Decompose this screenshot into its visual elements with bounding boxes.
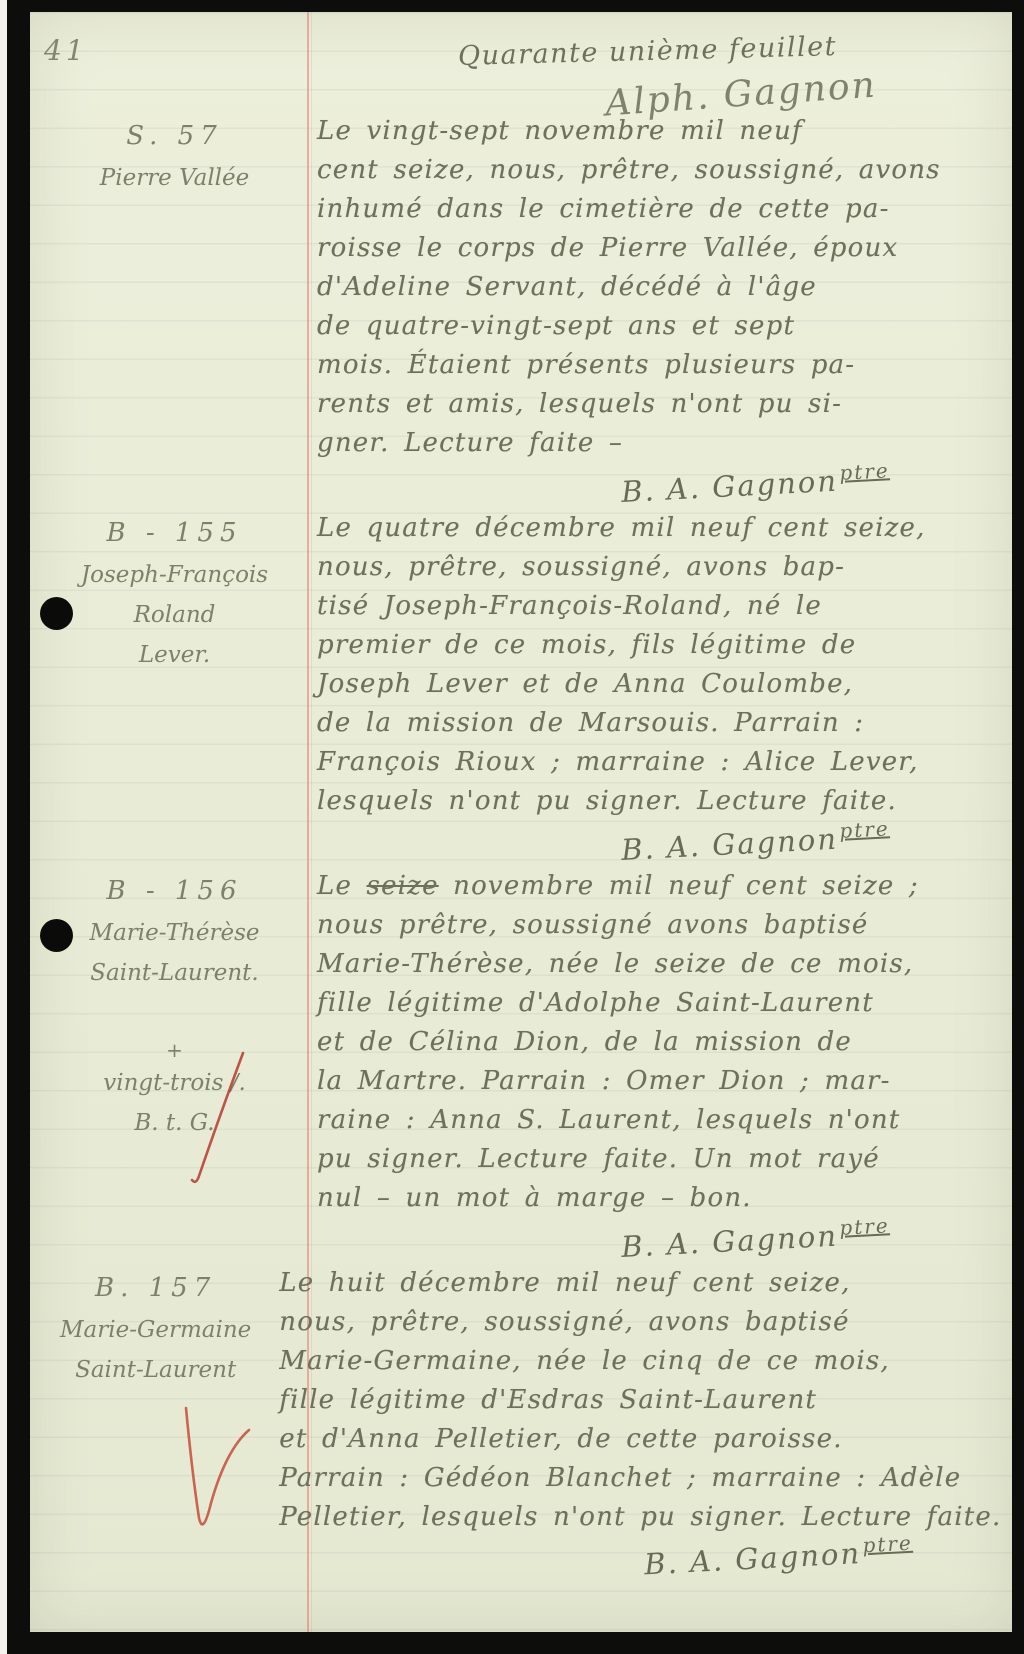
- signature-title-ptre: ptre: [839, 816, 890, 843]
- entry-number: S. 57: [60, 114, 289, 158]
- handwritten-line: Marie-Germaine, née le cinq de ce mois,: [279, 1342, 1001, 1381]
- entry-body-column: Le seize novembre mil neuf cent seize ;n…: [307, 863, 1012, 1260]
- handwritten-line: de la mission de Marsouis. Parrain :: [317, 704, 978, 743]
- handwritten-line: pu signer. Lecture faite. Un mot rayé: [317, 1140, 978, 1179]
- handwritten-line: Marie-Thérèse, née le seize de ce mois,: [317, 945, 978, 984]
- handwritten-line: fille légitime d'Esdras Saint-Laurent: [279, 1381, 1001, 1420]
- entry-subject-name: Marie-Germaine: [60, 1310, 251, 1350]
- register-entry: B - 155Joseph-FrançoisRolandLever.Le qua…: [30, 505, 1012, 863]
- handwritten-line: inhumé dans le cimetière de cette pa-: [317, 190, 978, 229]
- handwritten-line: raine : Anna S. Laurent, lesquels n'ont: [317, 1101, 978, 1140]
- scanned-register-page: 41 Quarante unième feuillet Alph. Gagnon…: [0, 0, 1024, 1654]
- handwritten-line: rents et amis, lesquels n'ont pu si-: [317, 385, 978, 424]
- entry-subject-name: Saint-Laurent: [60, 1350, 251, 1390]
- handwritten-line: cent seize, nous, prêtre, soussigné, avo…: [317, 151, 978, 190]
- margin-correction-note: +vingt-trois /.B. t. G.: [60, 1037, 289, 1143]
- handwritten-line: premier de ce mois, fils légitime de: [317, 626, 978, 665]
- handwritten-line: nous prêtre, soussigné avons baptisé: [317, 906, 978, 945]
- entry-subject-name: Pierre Vallée: [60, 158, 289, 198]
- entry-subject-name: Joseph-François: [60, 555, 289, 595]
- paper: 41 Quarante unième feuillet Alph. Gagnon…: [30, 12, 1012, 1632]
- handwritten-line: nous, prêtre, soussigné, avons baptisé: [279, 1303, 1001, 1342]
- entry-body-column: Le quatre décembre mil neuf cent seize,n…: [307, 505, 1012, 863]
- folio-title: Quarante unième feuillet: [458, 31, 838, 72]
- register-entry: S. 57Pierre ValléeLe vingt-sept novembre…: [30, 108, 1012, 505]
- punch-hole: [40, 919, 73, 952]
- handwritten-line: Le vingt-sept novembre mil neuf: [317, 112, 978, 151]
- entry-margin-column: S. 57Pierre Vallée: [30, 108, 307, 198]
- scan-edge: [0, 0, 7, 1654]
- handwritten-line: tisé Joseph-François-Roland, né le: [317, 587, 978, 626]
- margin-correction-line: vingt-trois /.: [60, 1063, 289, 1103]
- entry-number: B - 155: [60, 511, 289, 555]
- signature-title-ptre: ptre: [839, 458, 890, 485]
- handwritten-line: et de Célina Dion, de la mission de: [317, 1023, 978, 1062]
- entry-subject-name: Saint-Laurent.: [60, 953, 289, 993]
- handwritten-line: Joseph Lever et de Anna Coulombe,: [317, 665, 978, 704]
- plus-mark: +: [60, 1037, 289, 1063]
- entries: S. 57Pierre ValléeLe vingt-sept novembre…: [30, 108, 1012, 1579]
- entry-body-column: Le huit décembre mil neuf cent seize,nou…: [269, 1260, 1024, 1579]
- entry-number: B. 157: [60, 1266, 251, 1310]
- entry-body-column: Le vingt-sept novembre mil neufcent seiz…: [307, 108, 1012, 505]
- entry-margin-column: B - 156Marie-ThérèseSaint-Laurent.+vingt…: [30, 863, 307, 1143]
- entry-number: B - 156: [60, 869, 289, 913]
- margin-correction-line: B. t. G.: [60, 1103, 289, 1143]
- register-entry: B - 156Marie-ThérèseSaint-Laurent.+vingt…: [30, 863, 1012, 1260]
- handwritten-line: la Martre. Parrain : Omer Dion ; mar-: [317, 1062, 978, 1101]
- handwritten-line: François Rioux ; marraine : Alice Lever,: [317, 743, 978, 782]
- handwritten-line: Parrain : Gédéon Blanchet ; marraine : A…: [279, 1459, 1001, 1498]
- handwritten-line: fille légitime d'Adolphe Saint-Laurent: [317, 984, 978, 1023]
- entry-subject-name: Roland: [60, 595, 289, 635]
- entry-margin-column: B - 155Joseph-FrançoisRolandLever.: [30, 505, 307, 675]
- handwritten-line: roisse le corps de Pierre Vallée, époux: [317, 229, 978, 268]
- entry-subject-name: Marie-Thérèse: [60, 913, 289, 953]
- handwritten-line: de quatre-vingt-sept ans et sept: [317, 307, 978, 346]
- handwritten-line: nous, prêtre, soussigné, avons bap-: [317, 548, 978, 587]
- signature-title-ptre: ptre: [862, 1531, 913, 1558]
- register-entry: B. 157Marie-GermaineSaint-LaurentLe huit…: [30, 1260, 1012, 1579]
- handwritten-line: mois. Étaient présents plusieurs pa-: [317, 346, 978, 385]
- handwritten-line: d'Adeline Servant, décédé à l'âge: [317, 268, 978, 307]
- punch-hole: [40, 597, 73, 630]
- signature-title-ptre: ptre: [839, 1213, 890, 1240]
- handwritten-line: et d'Anna Pelletier, de cette paroisse.: [279, 1420, 1001, 1459]
- entry-margin-column: B. 157Marie-GermaineSaint-Laurent: [30, 1260, 269, 1390]
- entry-subject-name: Lever.: [60, 635, 289, 675]
